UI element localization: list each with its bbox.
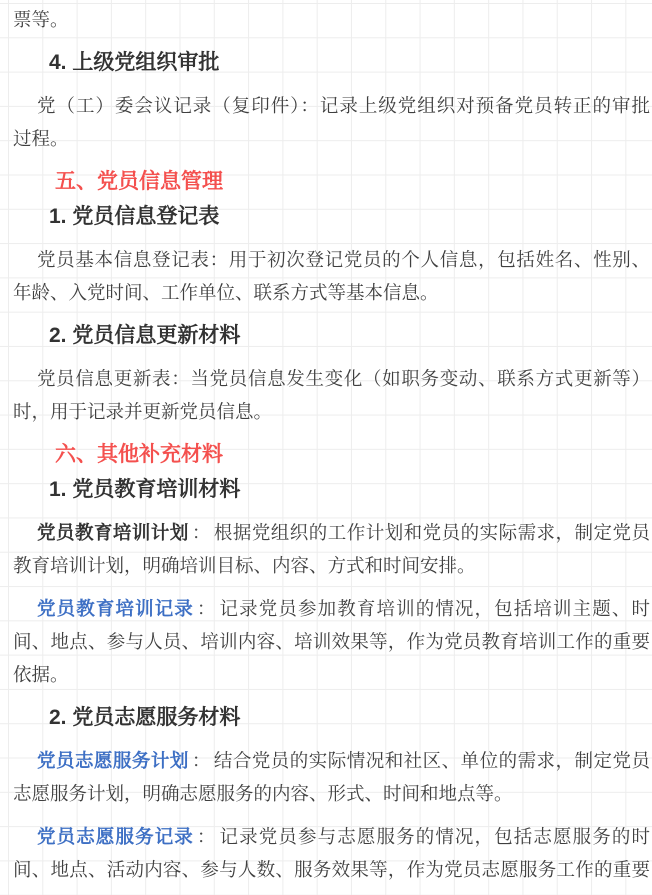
paragraph-line: 党员教育培训计划：根据党组织的工作计划和党员的实际需求，制定党员 (13, 516, 650, 549)
paragraph-line: 党员志愿服务计划：结合党员的实际情况和社区、单位的需求，制定党员 (13, 744, 650, 777)
lead-term: 党员教育培训记录 (37, 598, 194, 619)
sub-heading: 2. 党员信息更新材料 (13, 319, 650, 352)
paragraph: 党员教育培训记录：记录党员参加教育培训的情况，包括培训主题、时 间、地点、参与人… (13, 592, 650, 691)
paragraph-line: 党员基本信息登记表：用于初次登记党员的个人信息，包括姓名、性别、 (13, 243, 650, 276)
paragraph-line: 间、地点、参与人员、培训内容、培训效果等，作为党员教育培训工作的重要 (13, 625, 650, 658)
paragraph-line: 票等。 (13, 3, 650, 36)
paragraph-line: 依据。 (13, 658, 650, 691)
colon-separator: ： (192, 750, 211, 771)
colon-separator: ： (192, 522, 211, 543)
paragraph-line: 教育培训计划，明确培训目标、内容、方式和时间安排。 (13, 549, 650, 582)
colon-separator: ： (197, 826, 217, 847)
sub-heading-text: 2. 党员志愿服务材料 (13, 701, 650, 734)
paragraph-line: 党（工）委会议记录（复印件）：记录上级党组织对预备党员转正的审批 (13, 89, 650, 122)
paragraph: 党员信息更新表：当党员信息发生变化（如职务变动、联系方式更新等） 时，用于记录并… (13, 362, 650, 428)
section-heading-text: 五、党员信息管理 (13, 165, 650, 198)
article-content: 票等。 4. 上级党组织审批 党（工）委会议记录（复印件）：记录上级党组织对预备… (0, 0, 652, 886)
paragraph: 票等。 (13, 3, 650, 36)
paragraph: 党员教育培训计划：根据党组织的工作计划和党员的实际需求，制定党员 教育培训计划，… (13, 516, 650, 582)
section-heading-red: 六、其他补充材料 (13, 438, 650, 471)
sub-heading-text: 4. 上级党组织审批 (13, 46, 650, 79)
paragraph-line: 党员信息更新表：当党员信息发生变化（如职务变动、联系方式更新等） (13, 362, 650, 395)
paragraph: 党员基本信息登记表：用于初次登记党员的个人信息，包括姓名、性别、 年龄、入党时间… (13, 243, 650, 309)
sub-heading: 2. 党员志愿服务材料 (13, 701, 650, 734)
section-heading-text: 六、其他补充材料 (13, 438, 650, 471)
paragraph-line: 年龄、入党时间、工作单位、联系方式等基本信息。 (13, 276, 650, 309)
paragraph: 党（工）委会议记录（复印件）：记录上级党组织对预备党员转正的审批 过程。 (13, 89, 650, 155)
article-page: 票等。 4. 上级党组织审批 党（工）委会议记录（复印件）：记录上级党组织对预备… (0, 0, 652, 895)
paragraph-line: 间、地点、活动内容、参与人数、服务效果等，作为党员志愿服务工作的重要 (13, 853, 650, 886)
sub-heading-text: 1. 党员教育培训材料 (13, 473, 650, 506)
paragraph-line: 志愿服务计划，明确志愿服务的内容、形式、时间和地点等。 (13, 777, 650, 810)
lead-term: 党员志愿服务计划 (37, 750, 189, 771)
paragraph-text: 根据党组织的工作计划和党员的实际需求，制定党员 (214, 522, 650, 543)
paragraph-line: 时，用于记录并更新党员信息。 (13, 395, 650, 428)
sub-heading: 1. 党员教育培训材料 (13, 473, 650, 506)
sub-heading: 4. 上级党组织审批 (13, 46, 650, 79)
paragraph-text: 记录党员参与志愿服务的情况，包括志愿服务的时 (220, 826, 650, 847)
colon-separator: ： (197, 598, 217, 619)
section-heading-red: 五、党员信息管理 (13, 165, 650, 198)
sub-heading-text: 2. 党员信息更新材料 (13, 319, 650, 352)
sub-heading: 1. 党员信息登记表 (13, 200, 650, 233)
paragraph: 党员志愿服务记录：记录党员参与志愿服务的情况，包括志愿服务的时 间、地点、活动内… (13, 820, 650, 886)
lead-term: 党员志愿服务记录 (37, 826, 194, 847)
paragraph-text: 结合党员的实际情况和社区、单位的需求，制定党员 (214, 750, 650, 771)
sub-heading-text: 1. 党员信息登记表 (13, 200, 650, 233)
paragraph: 党员志愿服务计划：结合党员的实际情况和社区、单位的需求，制定党员 志愿服务计划，… (13, 744, 650, 810)
paragraph-line: 党员志愿服务记录：记录党员参与志愿服务的情况，包括志愿服务的时 (13, 820, 650, 853)
paragraph-line: 党员教育培训记录：记录党员参加教育培训的情况，包括培训主题、时 (13, 592, 650, 625)
paragraph-text: 记录党员参加教育培训的情况，包括培训主题、时 (220, 598, 650, 619)
paragraph-line: 过程。 (13, 122, 650, 155)
lead-term: 党员教育培训计划 (37, 522, 189, 543)
